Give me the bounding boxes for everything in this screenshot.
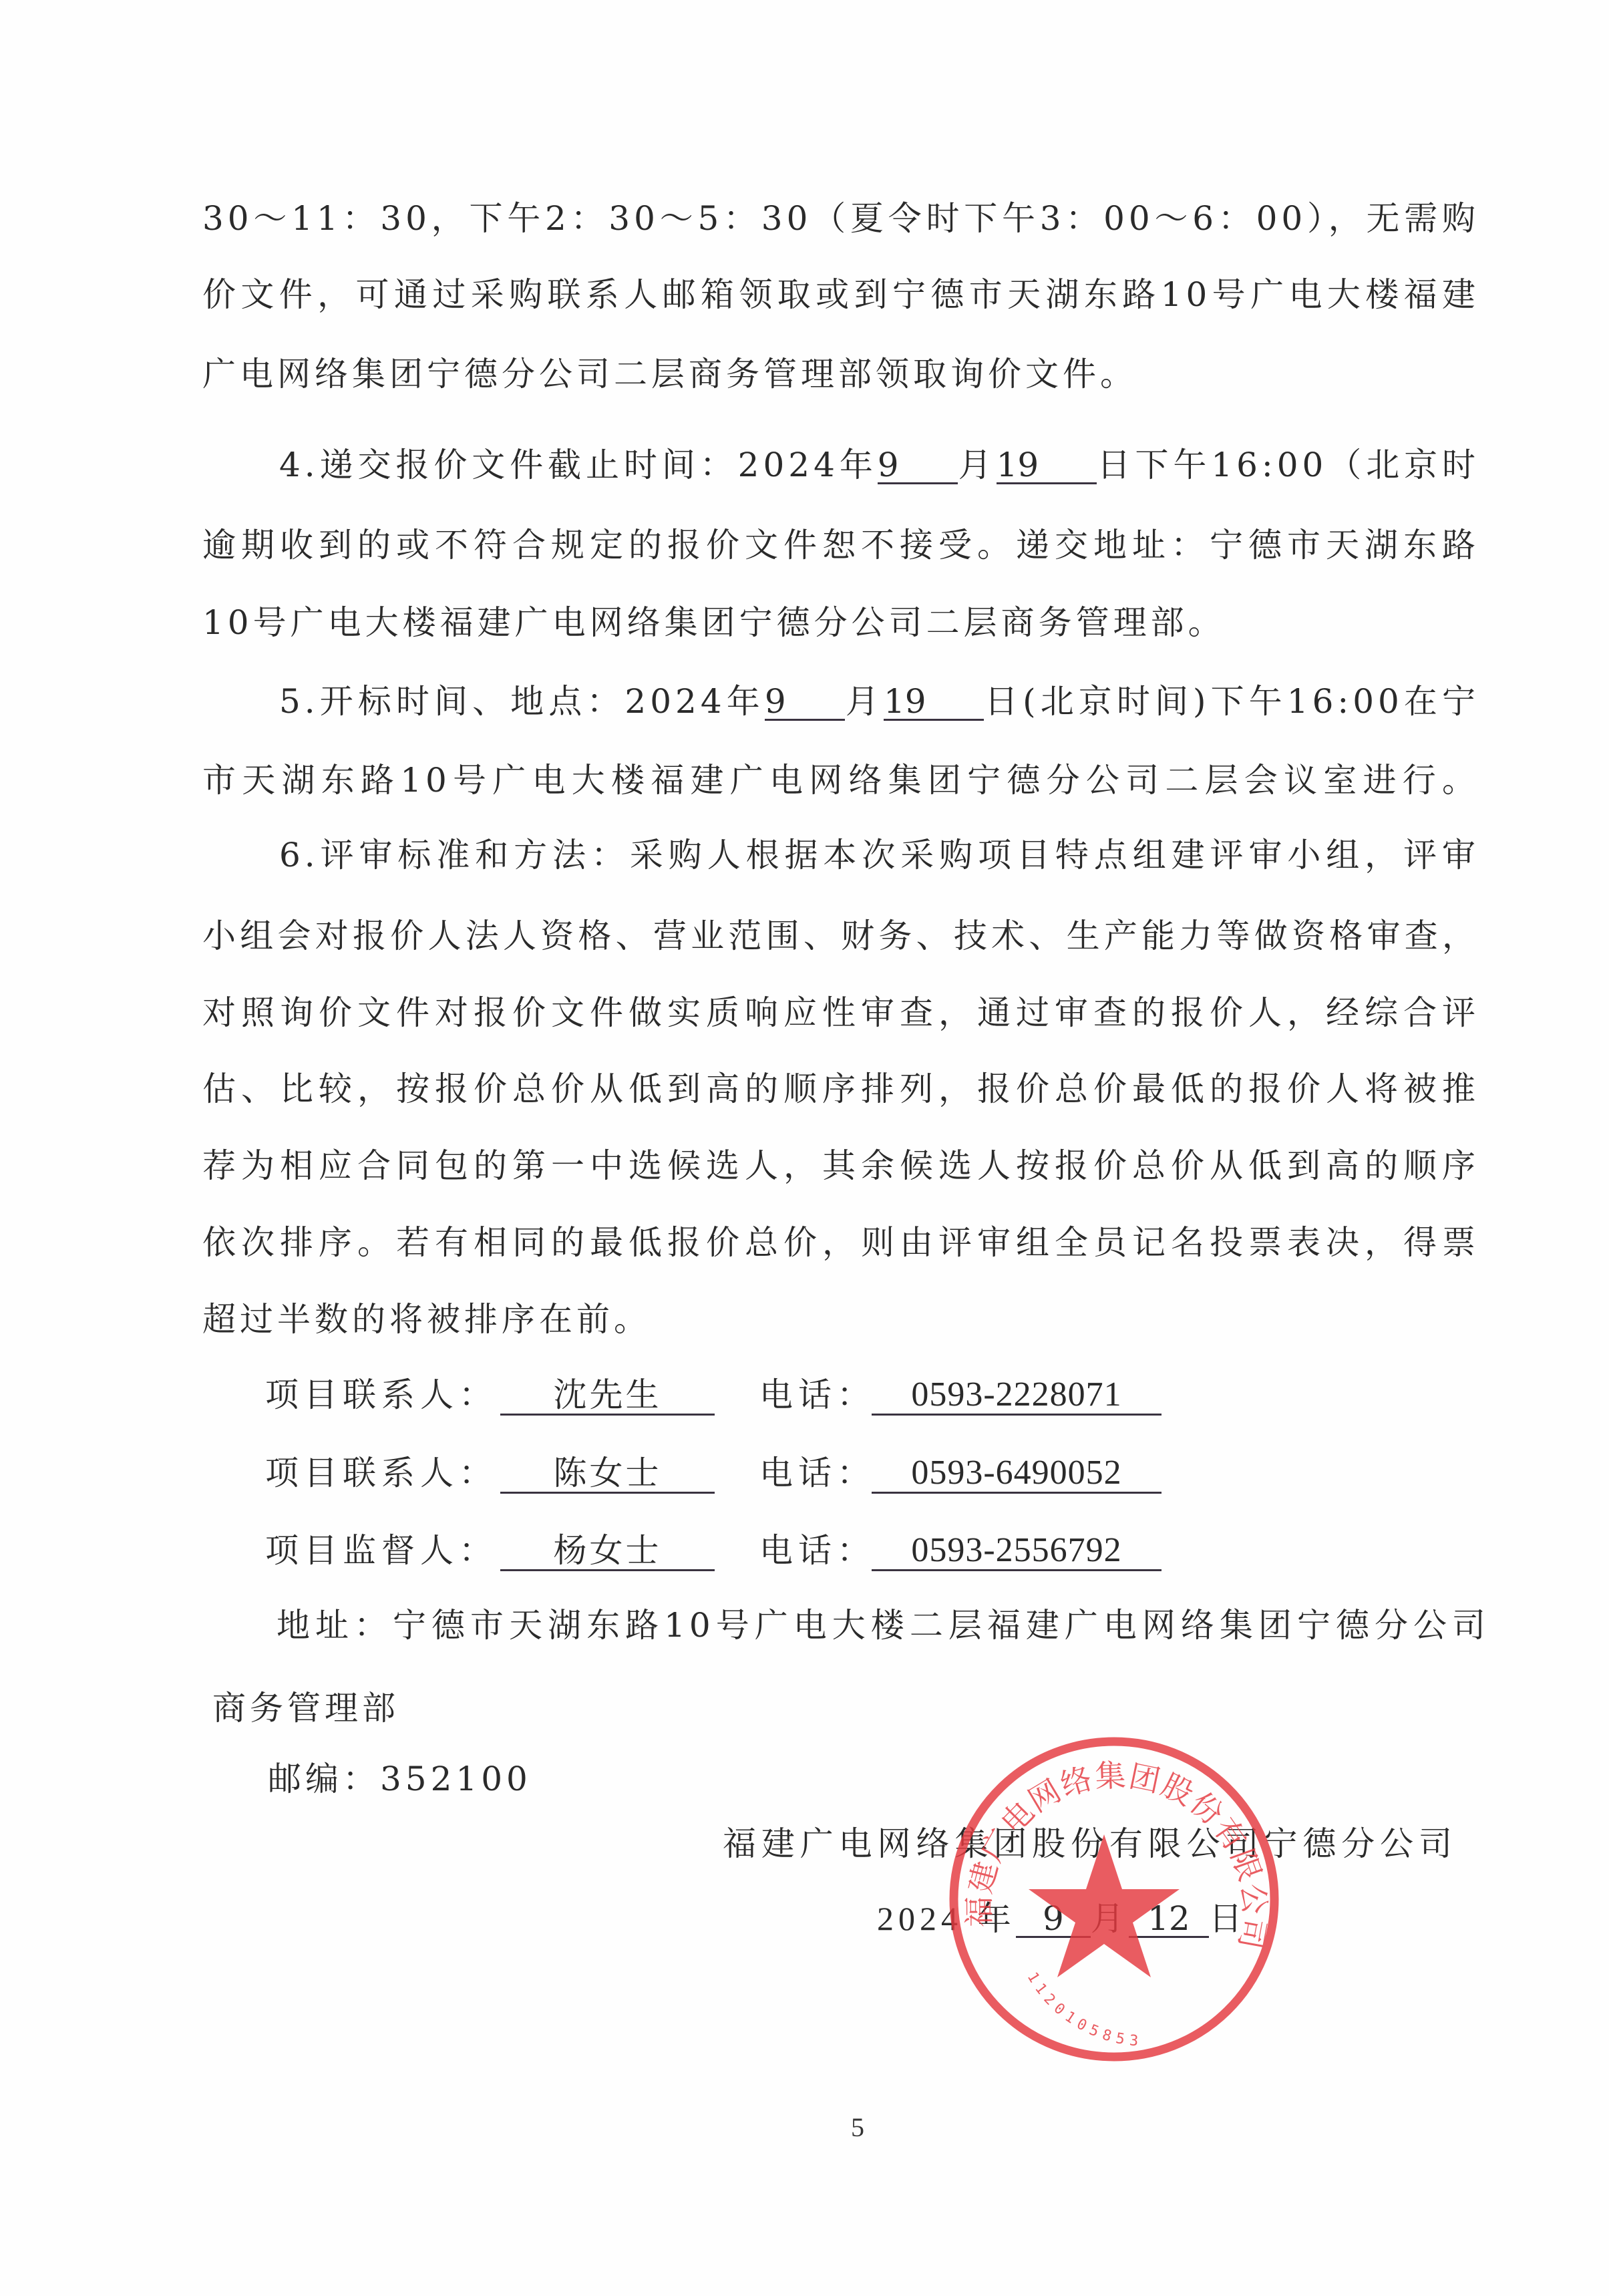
contact-label: 项目联系人： [265, 1375, 498, 1415]
item-5-month-unit: 月 [845, 682, 884, 721]
contact-name: 陈女士 [500, 1453, 715, 1494]
page-number: 5 [851, 2111, 864, 2144]
paragraph-line: 30～11：30，下午2：30～5：30（夏令时下午3：00～6：00），无需购… [202, 198, 1479, 238]
tel-label: 电话： [759, 1453, 876, 1493]
item-4-day-field: 19 [997, 448, 1097, 484]
item-6-line: 依次排序。若有相同的最低报价总价，则由评审组全员记名投票表决，得票 [202, 1222, 1479, 1263]
issue-day-unit: 日 [1209, 1899, 1247, 1938]
supervisor-name: 杨女士 [500, 1530, 715, 1571]
tel-label: 电话： [759, 1530, 876, 1571]
contact-label: 项目联系人： [265, 1453, 498, 1493]
item-5-opening: 5.开标时间、地点：2024年9月19日(北京时间)下午16:00在宁德 [279, 681, 1479, 721]
issuer-company: 福建广电网络集团股份有限公司宁德分公司 [723, 1824, 1452, 1864]
item-6-line: 荐为相应合同包的第一中选候选人，其余候选人按报价总价从低到高的顺序 [202, 1146, 1479, 1186]
tel-number: 0593-6490052 [872, 1453, 1161, 1494]
item-5-month-field: 9 [765, 684, 845, 721]
postcode: 邮编：352100 [268, 1759, 532, 1799]
tel-number: 0593-2556792 [872, 1530, 1161, 1571]
address-line: 商务管理部 [212, 1688, 399, 1728]
document-page: 30～11：30，下午2：30～5：30（夏令时下午3：00～6：00），无需购… [0, 0, 1609, 2296]
issue-month-field: 9 [1016, 1901, 1091, 1938]
paragraph-line: 市天湖东路10号广电大楼福建广电网络集团宁德分公司二层会议室进行。 [202, 760, 1479, 800]
item-6-line: 估、比较，按报价总价从低到高的顺序排列，报价总价最低的报价人将被推 [202, 1069, 1479, 1109]
item-5-prefix: 5.开标时间、地点：2024年 [279, 682, 765, 721]
issue-month-unit: 月 [1091, 1899, 1129, 1938]
supervisor-label: 项目监督人： [265, 1530, 498, 1571]
item-6-line: 6.评审标准和方法：采购人根据本次采购项目特点组建评审小组，评审 [279, 835, 1479, 875]
issue-date: 2024 年9月12日 [877, 1899, 1247, 1939]
item-6-line: 对照询价文件对报价文件做实质响应性审查，通过审查的报价人，经综合评 [202, 993, 1479, 1033]
paragraph-line: 价文件，可通过采购联系人邮箱领取或到宁德市天湖东路10号广电大楼福建 [202, 275, 1479, 315]
item-4-month-unit: 月 [958, 446, 997, 484]
paragraph-line: 10号广电大楼福建广电网络集团宁德分公司二层商务管理部。 [202, 603, 1226, 643]
item-4-month-field: 9 [878, 448, 958, 484]
issue-day-field: 12 [1129, 1901, 1209, 1938]
issue-year-unit: 年 [978, 1899, 1016, 1938]
paragraph-line: 广电网络集团宁德分公司二层商务管理部领取询价文件。 [202, 354, 1137, 394]
item-4-deadline: 4.递交报价文件截止时间：2024年9月19日下午16:00（北京时间）， [279, 445, 1479, 485]
issue-year: 2024 [877, 1900, 962, 1937]
item-4-prefix: 4.递交报价文件截止时间：2024年 [279, 446, 878, 484]
item-6-line: 小组会对报价人法人资格、营业范围、财务、技术、生产能力等做资格审查， [202, 916, 1479, 956]
tel-label: 电话： [759, 1375, 876, 1415]
address-line: 地址：宁德市天湖东路10号广电大楼二层福建广电网络集团宁德分公司 [277, 1605, 1489, 1645]
item-5-day-field: 19 [884, 684, 984, 721]
tel-number: 0593-2228071 [872, 1375, 1161, 1416]
item-6-line: 超过半数的将被排序在前。 [202, 1299, 651, 1339]
seal-serial: 1120105853 [1024, 1969, 1144, 2050]
paragraph-line: 逾期收到的或不符合规定的报价文件恕不接受。递交地址：宁德市天湖东路 [202, 525, 1479, 565]
contact-name: 沈先生 [500, 1375, 715, 1416]
